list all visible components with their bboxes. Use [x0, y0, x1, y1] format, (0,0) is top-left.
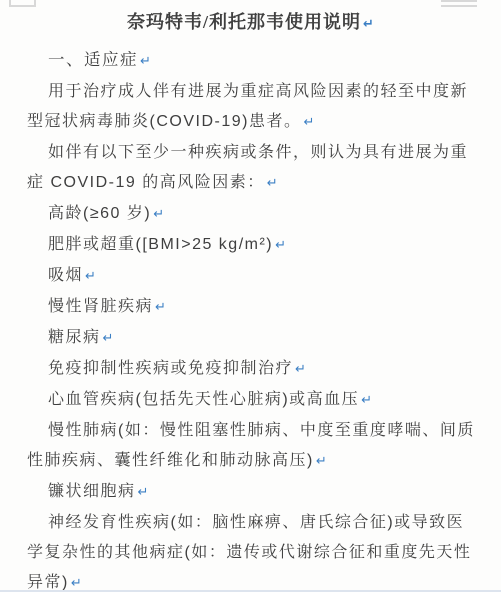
- page-title-text: 奈玛特韦/利托那韦使用说明: [127, 12, 361, 32]
- paragraph-text: 免疫抑制性疾病或免疫抑制治疗: [48, 360, 293, 377]
- paragraph-text: 慢性肾脏疾病: [48, 298, 153, 315]
- risk-factor-neurodevelopmental: 神经发育性疾病(如：脑性麻痹、唐氏综合征)或导致医学复杂性的其他病症(如：遗传或…: [27, 508, 481, 592]
- paragraph-text: 高龄(≥60 岁): [48, 205, 151, 222]
- paragraph-mark-icon: ↵: [275, 238, 286, 253]
- risk-factor-immunosuppression: 免疫抑制性疾病或免疫抑制治疗↵: [27, 354, 481, 385]
- paragraph-mark-icon: ↵: [267, 176, 278, 191]
- paragraph-mark-icon: ↵: [295, 362, 306, 377]
- risk-factor-obesity: 肥胖或超重([BMI>25 kg/m²)↵: [27, 230, 481, 261]
- risk-factor-diabetes: 糖尿病↵: [27, 323, 481, 354]
- paragraph-indication: 用于治疗成人伴有进展为重症高风险因素的轻至中度新型冠状病毒肺炎(COVID-19…: [27, 77, 481, 138]
- paragraph-text: 如伴有以下至少一种疾病或条件，则认为具有进展为重症 COVID-19 的高风险因…: [27, 144, 468, 191]
- section-heading-indications: 一、适应症↵: [0, 45, 501, 77]
- risk-factor-chronic-kidney-disease: 慢性肾脏疾病↵: [27, 292, 481, 323]
- paragraph-text: 糖尿病: [48, 329, 101, 346]
- risk-factor-smoking: 吸烟↵: [27, 261, 481, 292]
- risk-factor-age: 高龄(≥60 岁)↵: [27, 199, 481, 230]
- section-heading-text: 一、适应症: [48, 51, 138, 69]
- document-page: 奈玛特韦/利托那韦使用说明↵ 一、适应症↵ 用于治疗成人伴有进展为重症高风险因素…: [0, 0, 501, 592]
- paragraph-mark-icon: ↵: [71, 576, 82, 591]
- risk-factor-chronic-lung-disease: 慢性肺病(如：慢性阻塞性肺病、中度至重度哮喘、间质性肺疾病、囊性纤维化和肺动脉高…: [27, 416, 481, 477]
- paragraph-text: 吸烟: [48, 267, 83, 284]
- paragraph-mark-icon: ↵: [361, 393, 372, 408]
- paragraph-mark-icon: ↵: [153, 207, 164, 222]
- paragraph-mark-icon: ↵: [155, 300, 166, 315]
- paragraph-mark-icon: ↵: [103, 331, 114, 346]
- page-title: 奈玛特韦/利托那韦使用说明↵: [0, 0, 501, 38]
- document-body: 用于治疗成人伴有进展为重症高风险因素的轻至中度新型冠状病毒肺炎(COVID-19…: [0, 77, 501, 592]
- page-edge-artifact-right: [441, 0, 477, 7]
- paragraph-mark-icon: ↵: [303, 115, 314, 130]
- paragraph-text: 心血管疾病(包括先天性心脏病)或高血压: [48, 391, 359, 408]
- risk-factor-sickle-cell: 镰状细胞病↵: [27, 477, 481, 508]
- paragraph-text: 慢性肺病(如：慢性阻塞性肺病、中度至重度哮喘、间质性肺疾病、囊性纤维化和肺动脉高…: [27, 422, 475, 469]
- paragraph-risk-intro: 如伴有以下至少一种疾病或条件，则认为具有进展为重症 COVID-19 的高风险因…: [27, 138, 481, 199]
- paragraph-mark-icon: ↵: [138, 485, 149, 500]
- paragraph-text: 肥胖或超重([BMI>25 kg/m²): [48, 236, 273, 253]
- paragraph-mark-icon: ↵: [316, 454, 327, 469]
- paragraph-text: 神经发育性疾病(如：脑性麻痹、唐氏综合征)或导致医学复杂性的其他病症(如：遗传或…: [27, 514, 471, 591]
- paragraph-mark-icon: ↵: [140, 54, 151, 69]
- page-edge-artifact-left: [9, 0, 36, 7]
- paragraph-text: 用于治疗成人伴有进展为重症高风险因素的轻至中度新型冠状病毒肺炎(COVID-19…: [27, 83, 468, 130]
- risk-factor-cardiovascular: 心血管疾病(包括先天性心脏病)或高血压↵: [27, 385, 481, 416]
- paragraph-mark-icon: ↵: [363, 17, 374, 32]
- paragraph-text: 镰状细胞病: [48, 483, 136, 500]
- paragraph-mark-icon: ↵: [85, 269, 96, 284]
